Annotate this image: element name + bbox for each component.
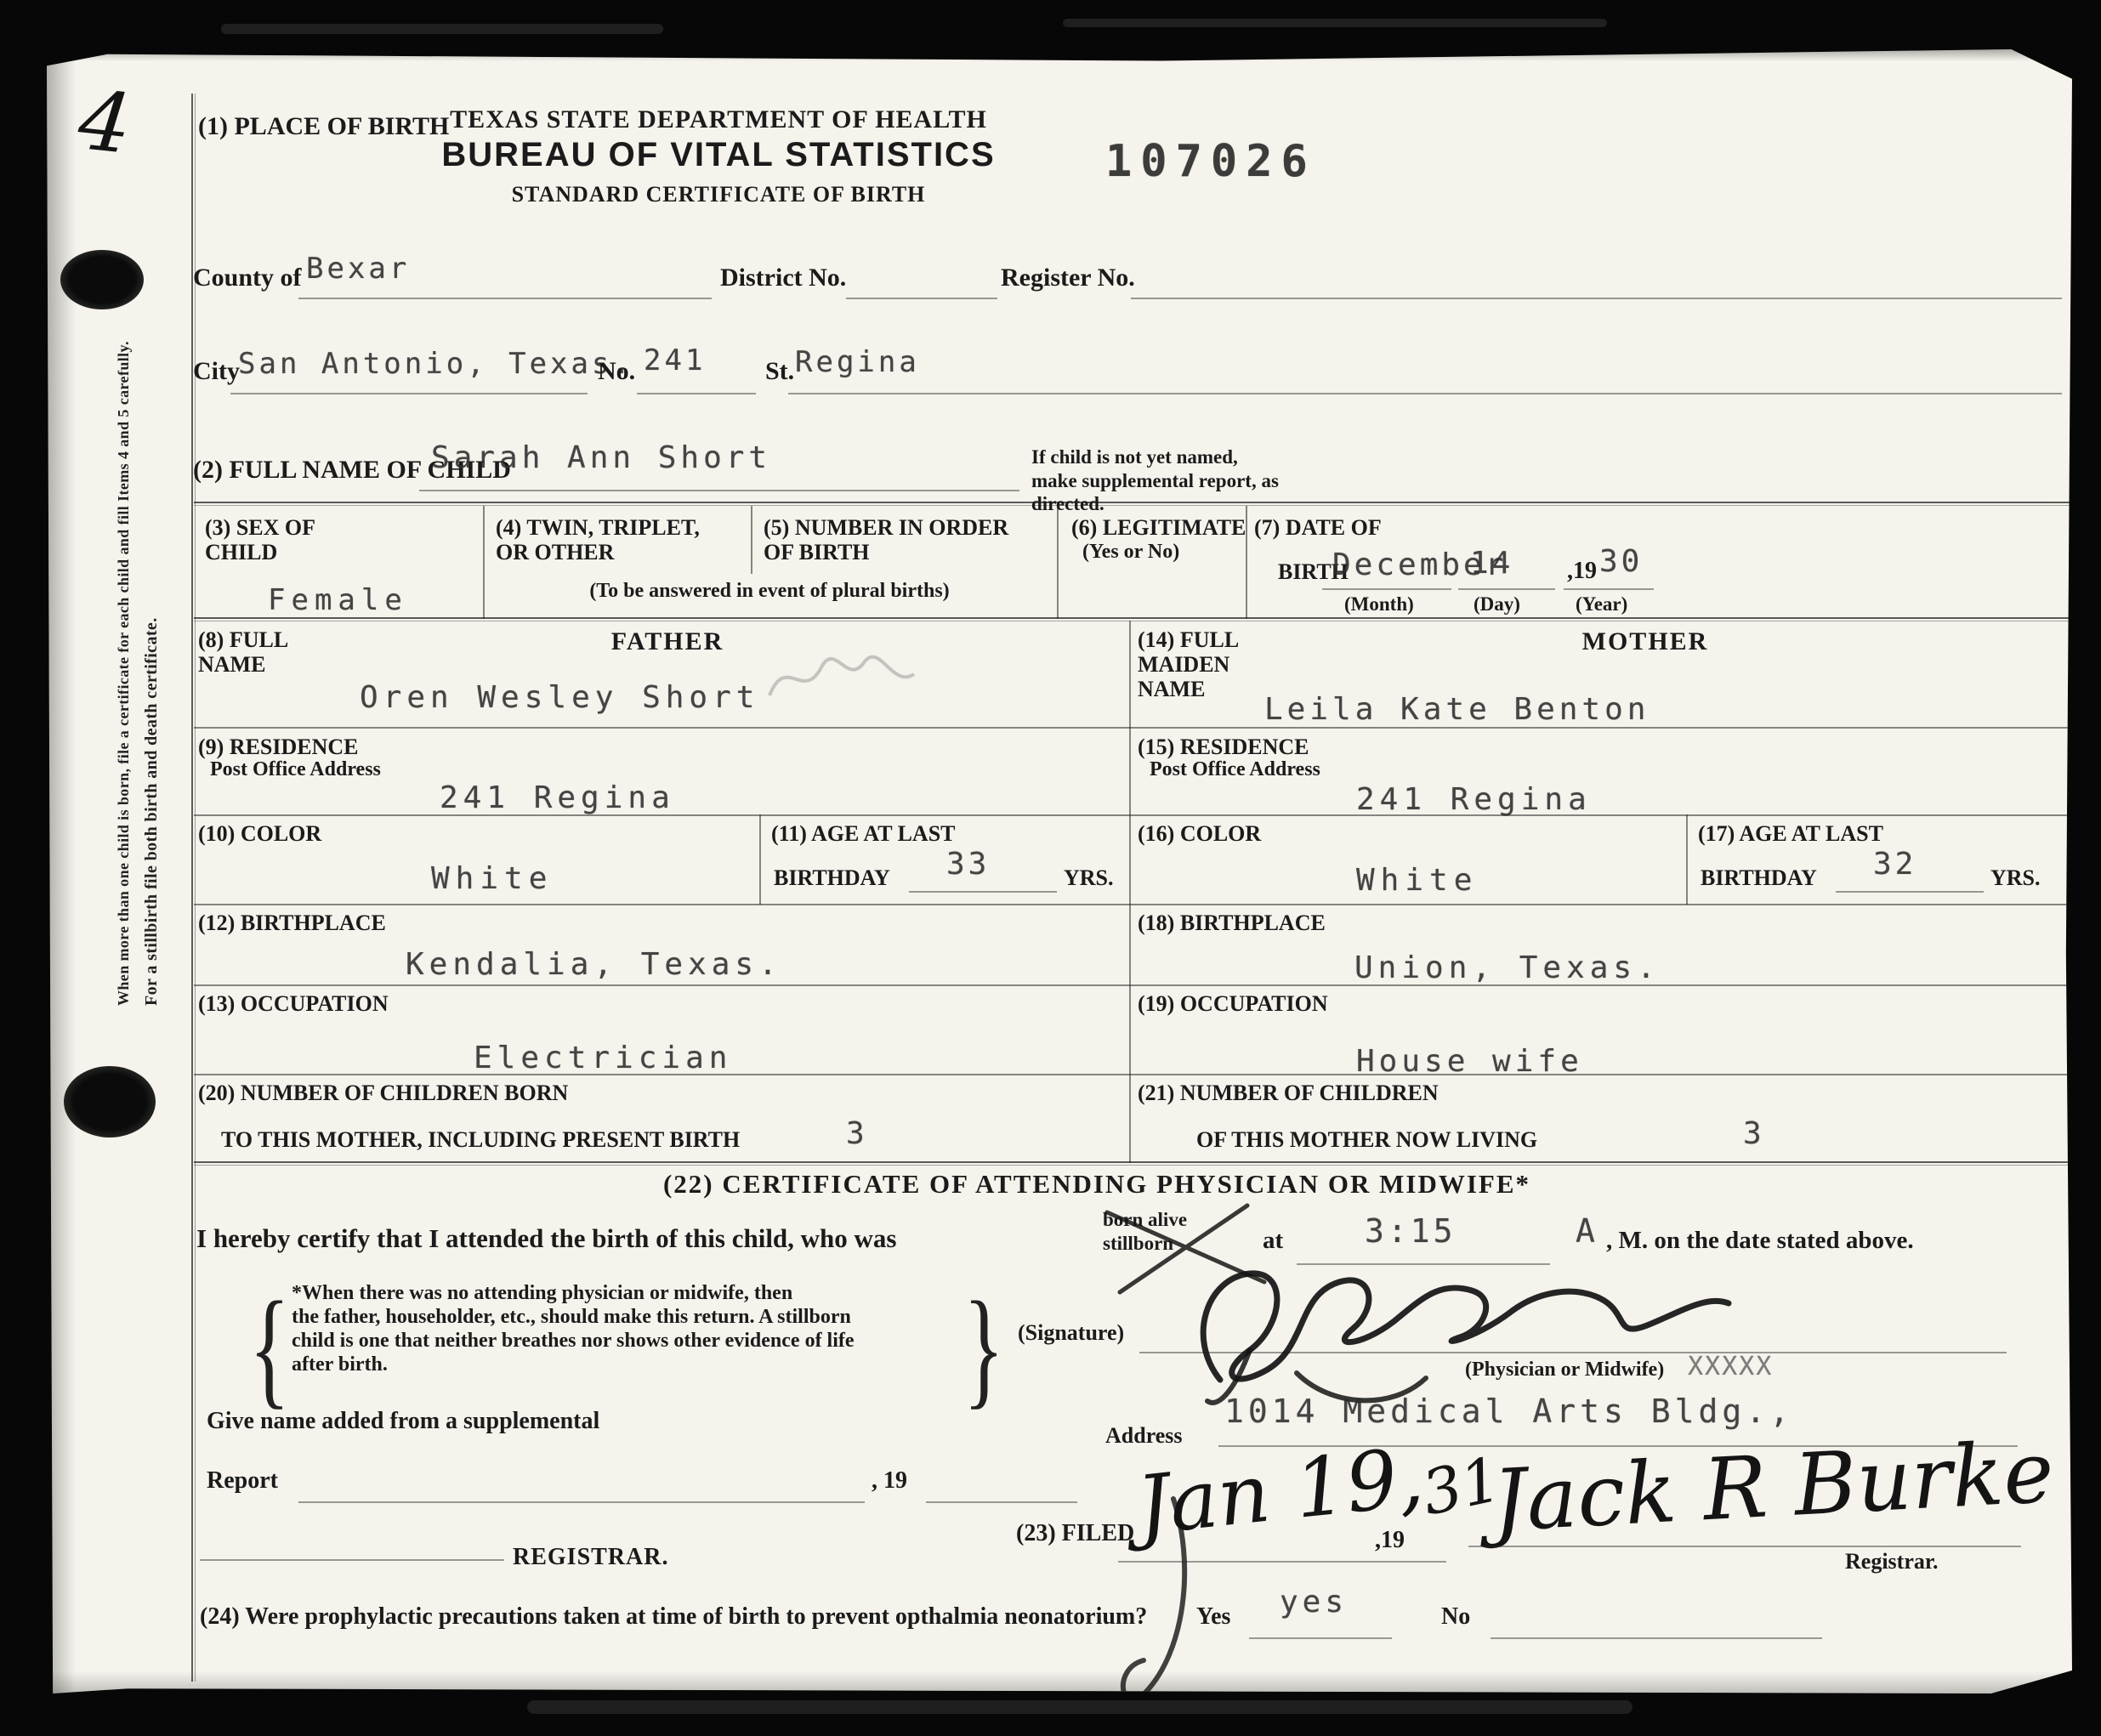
row-rule [194, 984, 2070, 986]
register-no-line [1131, 298, 2062, 299]
father-age-label: (11) AGE AT LAST [771, 821, 956, 846]
row-rule [194, 1074, 2070, 1075]
registrar-signature: Jack R Burke [1490, 1422, 2056, 1551]
county-line [298, 298, 712, 299]
registrar-line [200, 1559, 504, 1561]
report-year-line [926, 1501, 1077, 1503]
father-birthplace-value: Kendalia, Texas. [406, 947, 782, 982]
hole-punch [60, 250, 144, 309]
father-color-label: (10) COLOR [198, 821, 321, 846]
footnote-line: *When there was no attending physician o… [292, 1282, 792, 1305]
footnote-line: after birth. [292, 1353, 388, 1376]
filed-line [1118, 1561, 1446, 1563]
mother-maiden-name-label: (14) FULL MAIDEN NAME [1138, 627, 1274, 701]
street-label: St. [765, 357, 794, 386]
address-value: 1014 Medical Arts Bldg., [1224, 1393, 1793, 1430]
filed-year-prefix: ,19 [1375, 1527, 1405, 1553]
day-caption: (Day) [1474, 593, 1520, 616]
father-birthday-label: BIRTHDAY [774, 865, 890, 890]
mother-yrs-label: YRS. [1990, 865, 2041, 890]
physician-signature [1169, 1244, 1747, 1414]
yes-line [1249, 1637, 1392, 1639]
city-line [230, 393, 588, 394]
column-divider [751, 506, 752, 574]
birth-day-value: 14 [1470, 546, 1513, 581]
year-caption: (Year) [1576, 593, 1627, 616]
mother-occupation-label: (19) OCCUPATION [1138, 991, 1328, 1016]
mother-age-value: 32 [1873, 847, 1916, 882]
yes-label: Yes [1196, 1603, 1230, 1630]
stray-pencil-mark [752, 636, 931, 729]
father-name-label: (8) FULL NAME [198, 627, 313, 677]
signature-label: (Signature) [1018, 1320, 1124, 1345]
address-label: Address [1105, 1423, 1183, 1448]
street-value: Regina [795, 345, 920, 379]
hole-punch [64, 1066, 156, 1137]
row-rule [194, 814, 2070, 816]
mother-residence-value: 241 Regina [1356, 782, 1592, 817]
district-no-line [846, 298, 997, 299]
birth-year-value: 30 [1599, 544, 1643, 579]
footnote-line: the father, householder, etc., should ma… [292, 1306, 851, 1329]
father-yrs-label: YRS. [1064, 865, 1114, 890]
sex-value: Female [268, 583, 408, 617]
brace-left: { [249, 1272, 290, 1423]
typed-strike-x: XXXXX [1688, 1352, 1773, 1381]
county-label: County of [193, 264, 302, 292]
father-mother-divider [1129, 621, 1131, 1163]
child-name-line [419, 490, 1019, 491]
column-divider [1057, 506, 1059, 619]
father-occupation-value: Electrician [474, 1041, 732, 1075]
section-rule [194, 617, 2070, 621]
mother-birthplace-value: Union, Texas. [1354, 950, 1661, 985]
department-title: TEXAS STATE DEPARTMENT OF HEALTH [404, 105, 1033, 134]
mother-color-value: White [1356, 863, 1478, 898]
plural-births-note: (To be answered in event of plural birth… [506, 580, 1033, 603]
legitimate-label: (6) LEGITIMATE [1071, 515, 1246, 540]
physician-section-title: (22) CERTIFICATE OF ATTENDING PHYSICIAN … [557, 1170, 1637, 1200]
no-line [1491, 1637, 1822, 1639]
children-born-sub-label: TO THIS MOTHER, INCLUDING PRESENT BIRTH [221, 1127, 740, 1152]
mother-residence-sub-label: Post Office Address [1150, 758, 1320, 781]
prophylactic-question: (24) Were prophylactic precautions taken… [200, 1603, 1147, 1630]
scan-smudge [1063, 19, 1607, 27]
father-color-value: White [431, 861, 553, 896]
father-occupation-label: (13) OCCUPATION [198, 991, 389, 1016]
street-no-label: No. [598, 357, 635, 386]
register-no-label: Register No. [1001, 264, 1135, 292]
registrar-signature-line [1468, 1546, 2021, 1547]
city-value: San Antonio, Texas. [238, 347, 633, 381]
brace-right: } [963, 1272, 1004, 1423]
margin-note-outer: When more than one child is born, file a… [115, 341, 133, 1006]
section-rule [194, 1161, 2070, 1166]
father-residence-label: (9) RESIDENCE [198, 735, 359, 759]
standard-title: STANDARD CERTIFICATE OF BIRTH [404, 182, 1033, 207]
form-left-border [191, 94, 196, 1682]
child-name-value: Sarah Ann Short [431, 440, 771, 475]
mother-birthday-label: BIRTHDAY [1701, 865, 1817, 890]
month-line [1322, 588, 1451, 590]
column-divider [483, 506, 485, 619]
year-prefix: ,19 [1567, 558, 1597, 584]
no-label: No [1441, 1603, 1470, 1630]
day-line [1458, 588, 1555, 590]
report-line [298, 1501, 865, 1503]
month-caption: (Month) [1344, 593, 1414, 616]
scan-smudge [527, 1700, 1633, 1714]
children-born-value: 3 [846, 1116, 868, 1151]
street-no-value: 241 [644, 343, 706, 377]
date-of-label: (7) DATE OF [1254, 515, 1382, 540]
mother-name-value: Leila Kate Benton [1264, 692, 1650, 727]
bureau-title: BUREAU OF VITAL STATISTICS [404, 136, 1033, 174]
color-age-divider [1686, 814, 1688, 905]
row-rule [194, 904, 2070, 905]
paper-edge-shade [47, 1671, 2072, 1693]
street-no-line [637, 393, 756, 394]
give-name-text: Give name added from a supplemental [207, 1408, 599, 1434]
sex-label: (3) SEX OF CHILD [205, 515, 345, 564]
father-age-value: 33 [946, 847, 990, 882]
physician-midwife-caption: (Physician or Midwife) [1465, 1359, 1664, 1381]
order-label: (5) NUMBER IN ORDER OF BIRTH [764, 515, 1019, 564]
margin-note-inner: For a stillbirth file both birth and dea… [142, 617, 162, 1006]
registrar-small-caption: Registrar. [1845, 1549, 1939, 1574]
children-living-value: 3 [1743, 1116, 1765, 1151]
mother-birthplace-label: (18) BIRTHPLACE [1138, 911, 1326, 935]
mother-age-label: (17) AGE AT LAST [1698, 821, 1883, 846]
children-living-sub-label: OF THIS MOTHER NOW LIVING [1196, 1127, 1537, 1152]
father-name-value: Oren Wesley Short [360, 680, 759, 715]
children-born-label: (20) NUMBER OF CHILDREN BORN [198, 1081, 568, 1105]
paper-edge-shade [47, 49, 2072, 61]
father-residence-value: 241 Regina [440, 780, 675, 815]
mother-column-header: MOTHER [1365, 627, 1926, 656]
district-no-label: District No. [720, 264, 846, 292]
mother-residence-label: (15) RESIDENCE [1138, 735, 1309, 759]
report-label: Report [207, 1467, 278, 1494]
county-value: Bexar [306, 252, 410, 286]
children-living-label: (21) NUMBER OF CHILDREN [1138, 1081, 1439, 1105]
handwritten-page-number: 4 [74, 72, 135, 173]
row-rule [194, 727, 2070, 729]
scanned-birth-certificate: 4 When more than one child is born, file… [0, 0, 2101, 1736]
father-age-line [909, 891, 1057, 893]
street-line [788, 393, 2062, 394]
legitimate-sub-label: (Yes or No) [1082, 541, 1179, 564]
father-residence-sub-label: Post Office Address [210, 758, 381, 781]
registrar-caption: REGISTRAR. [513, 1544, 668, 1570]
year-line [1564, 588, 1654, 590]
certificate-number: 107026 [1105, 136, 1316, 187]
mother-age-line [1836, 891, 1984, 893]
scan-smudge [221, 24, 663, 34]
twin-label: (4) TWIN, TRIPLET, OR OTHER [496, 515, 713, 564]
report-year-prefix: , 19 [872, 1467, 907, 1494]
yes-value: yes [1280, 1585, 1348, 1620]
city-label: City [193, 357, 240, 386]
footnote-line: child is one that neither breathes nor s… [292, 1330, 855, 1353]
color-age-divider [759, 814, 761, 905]
mother-color-label: (16) COLOR [1138, 821, 1261, 846]
father-birthplace-label: (12) BIRTHPLACE [198, 911, 386, 935]
certify-text: I hereby certify that I attended the bir… [196, 1224, 897, 1254]
section-rule [194, 502, 2070, 506]
certificate-paper: 4 When more than one child is born, file… [47, 49, 2072, 1693]
